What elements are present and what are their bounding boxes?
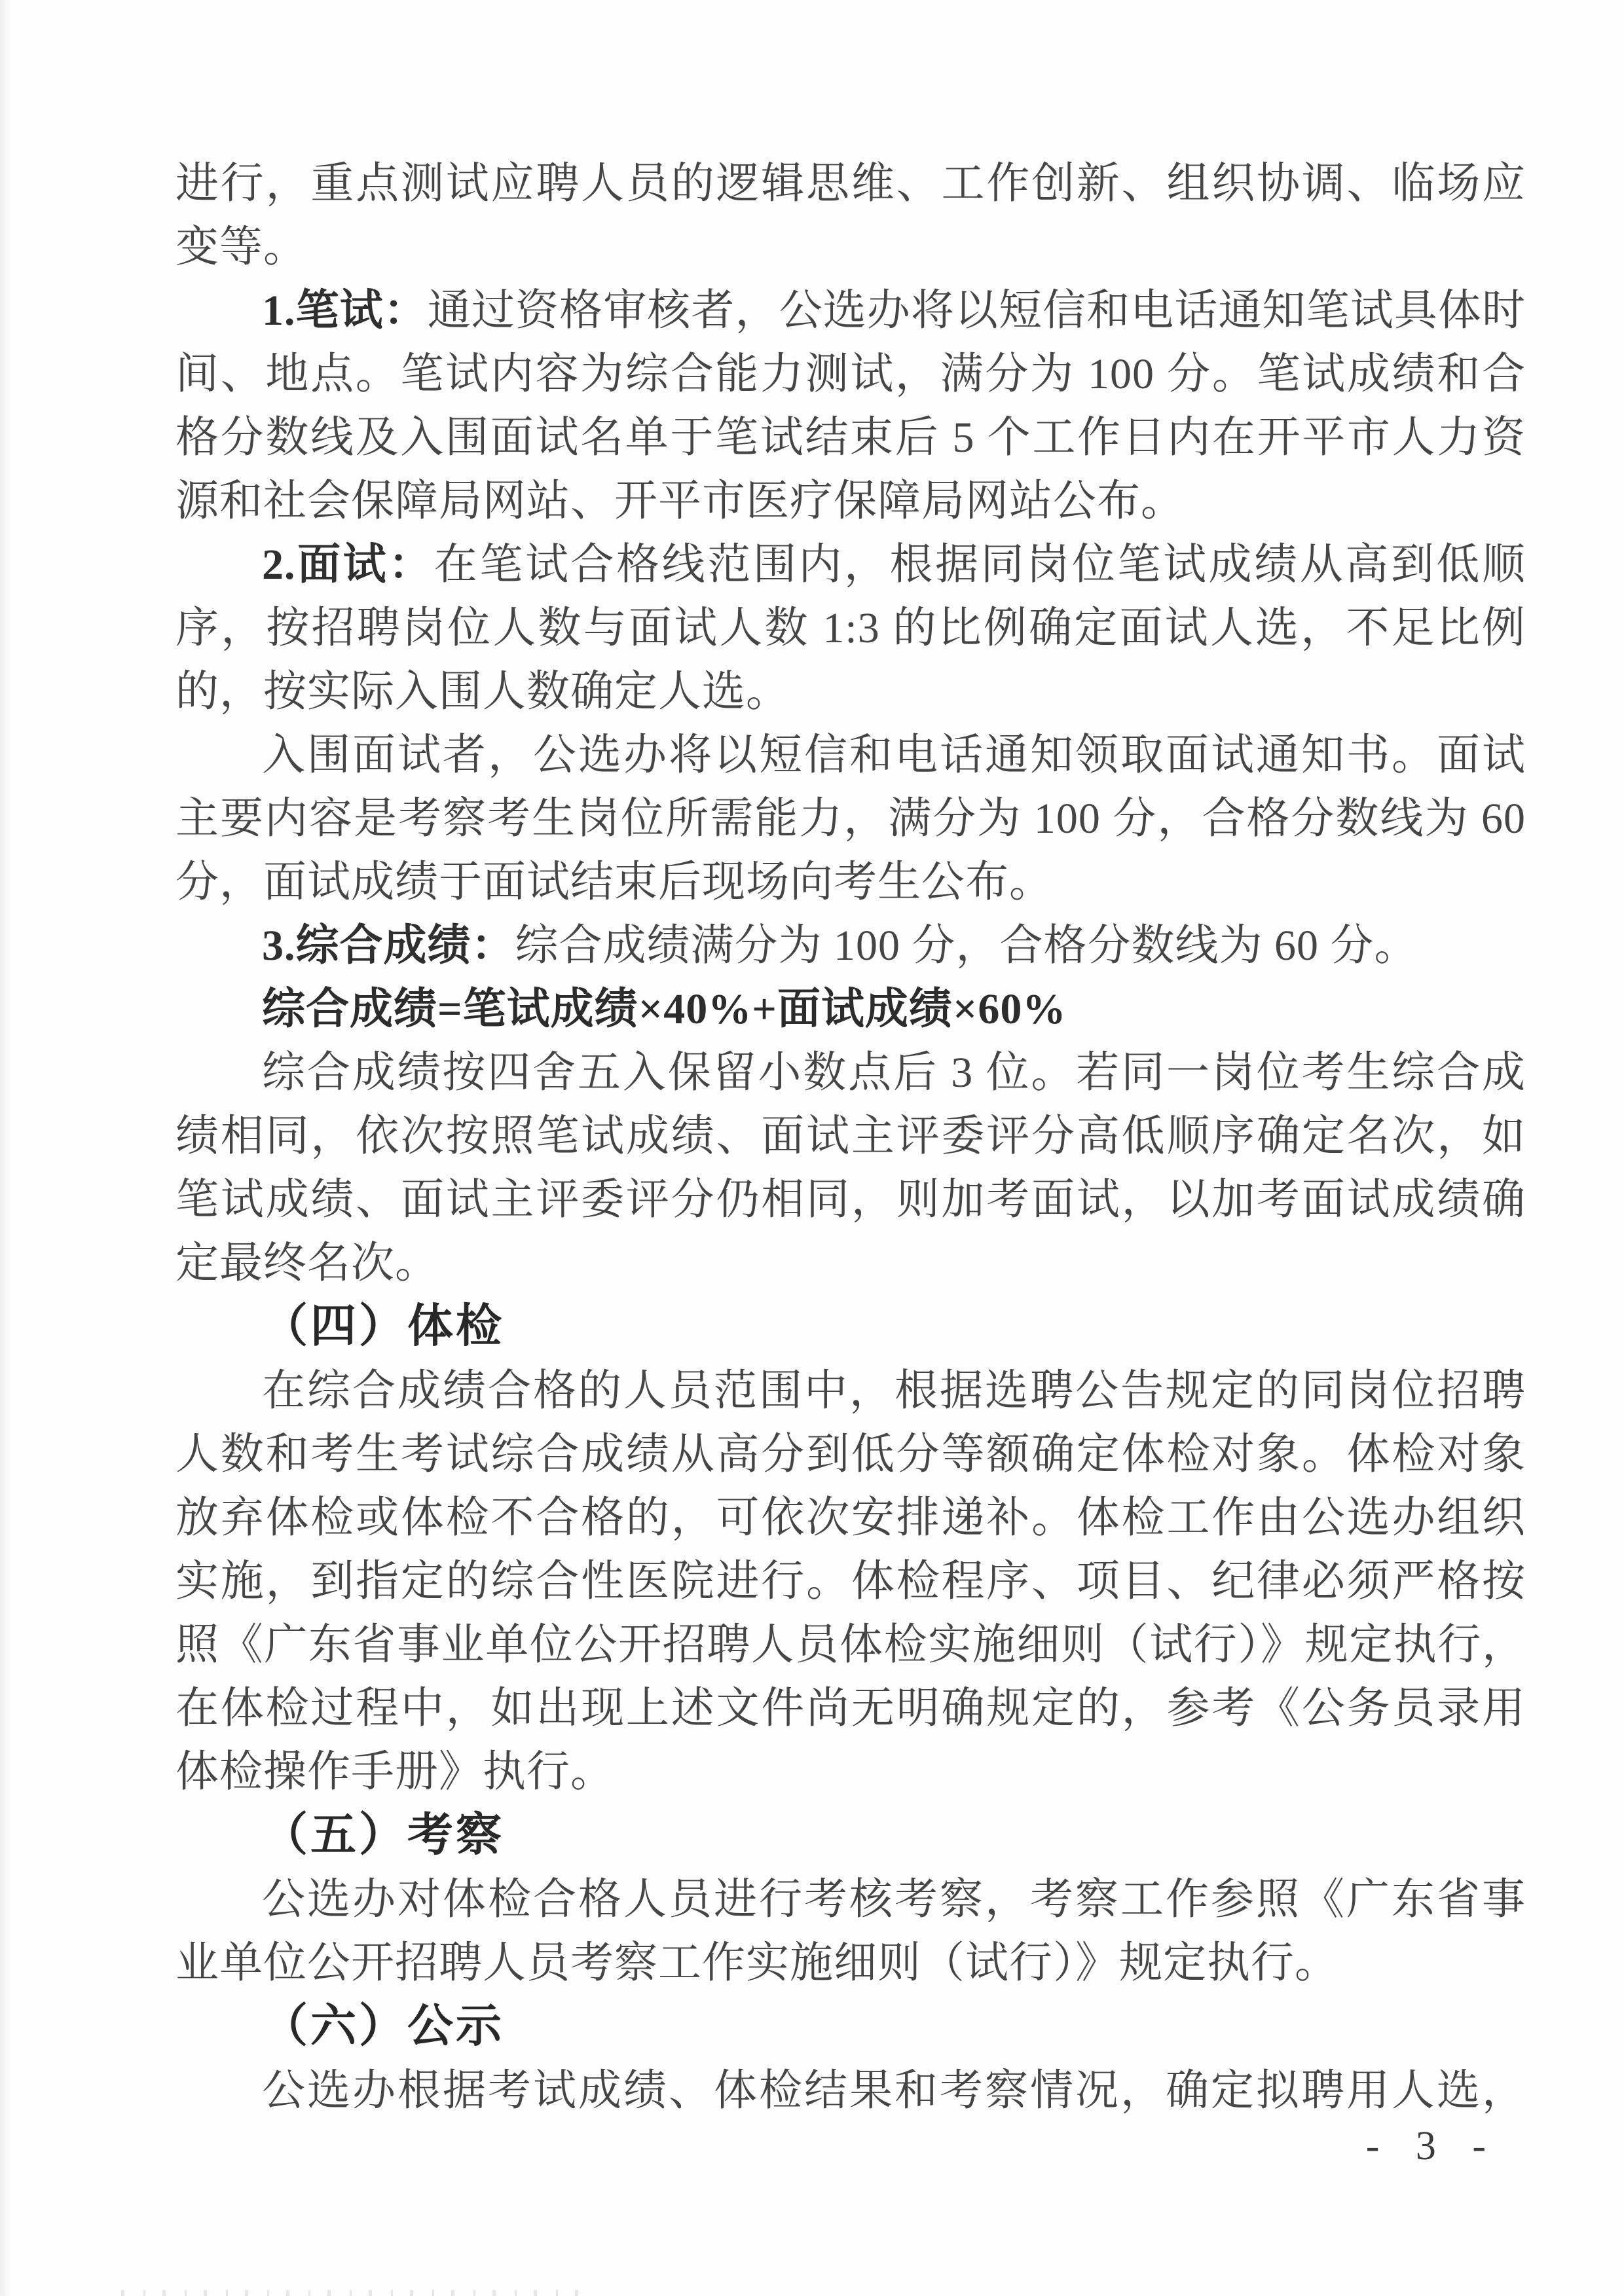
- paragraph-lead: 2.面试：: [262, 541, 434, 589]
- heading-text: （四）体检: [262, 1302, 504, 1352]
- paragraph-lead: 1.笔试：: [262, 287, 428, 335]
- paragraph-text: 公选办根据考试成绩、体检结果和考察情况，确定拟聘用人选，: [262, 2067, 1526, 2115]
- paragraph-score-rules: 综合成绩按四舍五入保留小数点后 3 位。若同一岗位考生综合成绩相同，依次按照笔试…: [175, 1041, 1526, 1295]
- page-number: - 3 -: [1366, 2123, 1490, 2170]
- paragraph-text: 综合成绩按四舍五入保留小数点后 3 位。若同一岗位考生综合成绩相同，依次按照笔试…: [175, 1049, 1526, 1287]
- paragraph-interview: 2.面试：在笔试合格线范围内，根据同岗位笔试成绩从高到低顺序，按招聘岗位人数与面…: [175, 533, 1526, 723]
- document-body: 进行，重点测试应聘人员的逻辑思维、工作创新、组织协调、临场应变等。 1.笔试：通…: [175, 152, 1526, 2123]
- paragraph-lead: 3.综合成绩：: [262, 922, 515, 970]
- paragraph-text: 进行，重点测试应聘人员的逻辑思维、工作创新、组织协调、临场应变等。: [175, 160, 1526, 271]
- heading-inspection: （五）考察: [175, 1804, 1526, 1868]
- formula-composite-score: 综合成绩=笔试成绩×40%+面试成绩×60%: [175, 977, 1526, 1041]
- paragraph-text: 在综合成绩合格的人员范围中，根据选聘公告规定的同岗位招聘人数和考生考试综合成绩从…: [175, 1367, 1526, 1796]
- paragraph-inspection: 公选办对体检合格人员进行考核考察，考察工作参照《广东省事业单位公开招聘人员考察工…: [175, 1868, 1526, 1995]
- formula-text: 综合成绩=笔试成绩×40%+面试成绩×60%: [262, 985, 1066, 1033]
- paragraph-written-test: 1.笔试：通过资格审核者，公选办将以短信和电话通知笔试具体时间、地点。笔试内容为…: [175, 279, 1526, 533]
- heading-physical-exam: （四）体检: [175, 1295, 1526, 1359]
- scan-edge-shading: [0, 0, 12, 2296]
- heading-text: （五）考察: [262, 1810, 504, 1861]
- paragraph-text: 综合成绩满分为 100 分，合格分数线为 60 分。: [515, 922, 1418, 970]
- document-page: 进行，重点测试应聘人员的逻辑思维、工作创新、组织协调、临场应变等。 1.笔试：通…: [0, 0, 1624, 2296]
- heading-publicity: （六）公示: [175, 1995, 1526, 2059]
- paragraph-publicity: 公选办根据考试成绩、体检结果和考察情况，确定拟聘用人选，: [175, 2059, 1526, 2123]
- paragraph-composite-score: 3.综合成绩：综合成绩满分为 100 分，合格分数线为 60 分。: [175, 914, 1526, 977]
- paragraph-continuation: 进行，重点测试应聘人员的逻辑思维、工作创新、组织协调、临场应变等。: [175, 152, 1526, 279]
- paragraph-physical-exam: 在综合成绩合格的人员范围中，根据选聘公告规定的同岗位招聘人数和考生考试综合成绩从…: [175, 1359, 1526, 1804]
- scan-artifact-bottom: [121, 2290, 593, 2296]
- paragraph-text: 入围面试者，公选办将以短信和电话通知领取面试通知书。面试主要内容是考察考生岗位所…: [175, 731, 1526, 906]
- paragraph-interview-notice: 入围面试者，公选办将以短信和电话通知领取面试通知书。面试主要内容是考察考生岗位所…: [175, 723, 1526, 914]
- paragraph-text: 公选办对体检合格人员进行考核考察，考察工作参照《广东省事业单位公开招聘人员考察工…: [175, 1876, 1526, 1987]
- heading-text: （六）公示: [262, 2001, 504, 2052]
